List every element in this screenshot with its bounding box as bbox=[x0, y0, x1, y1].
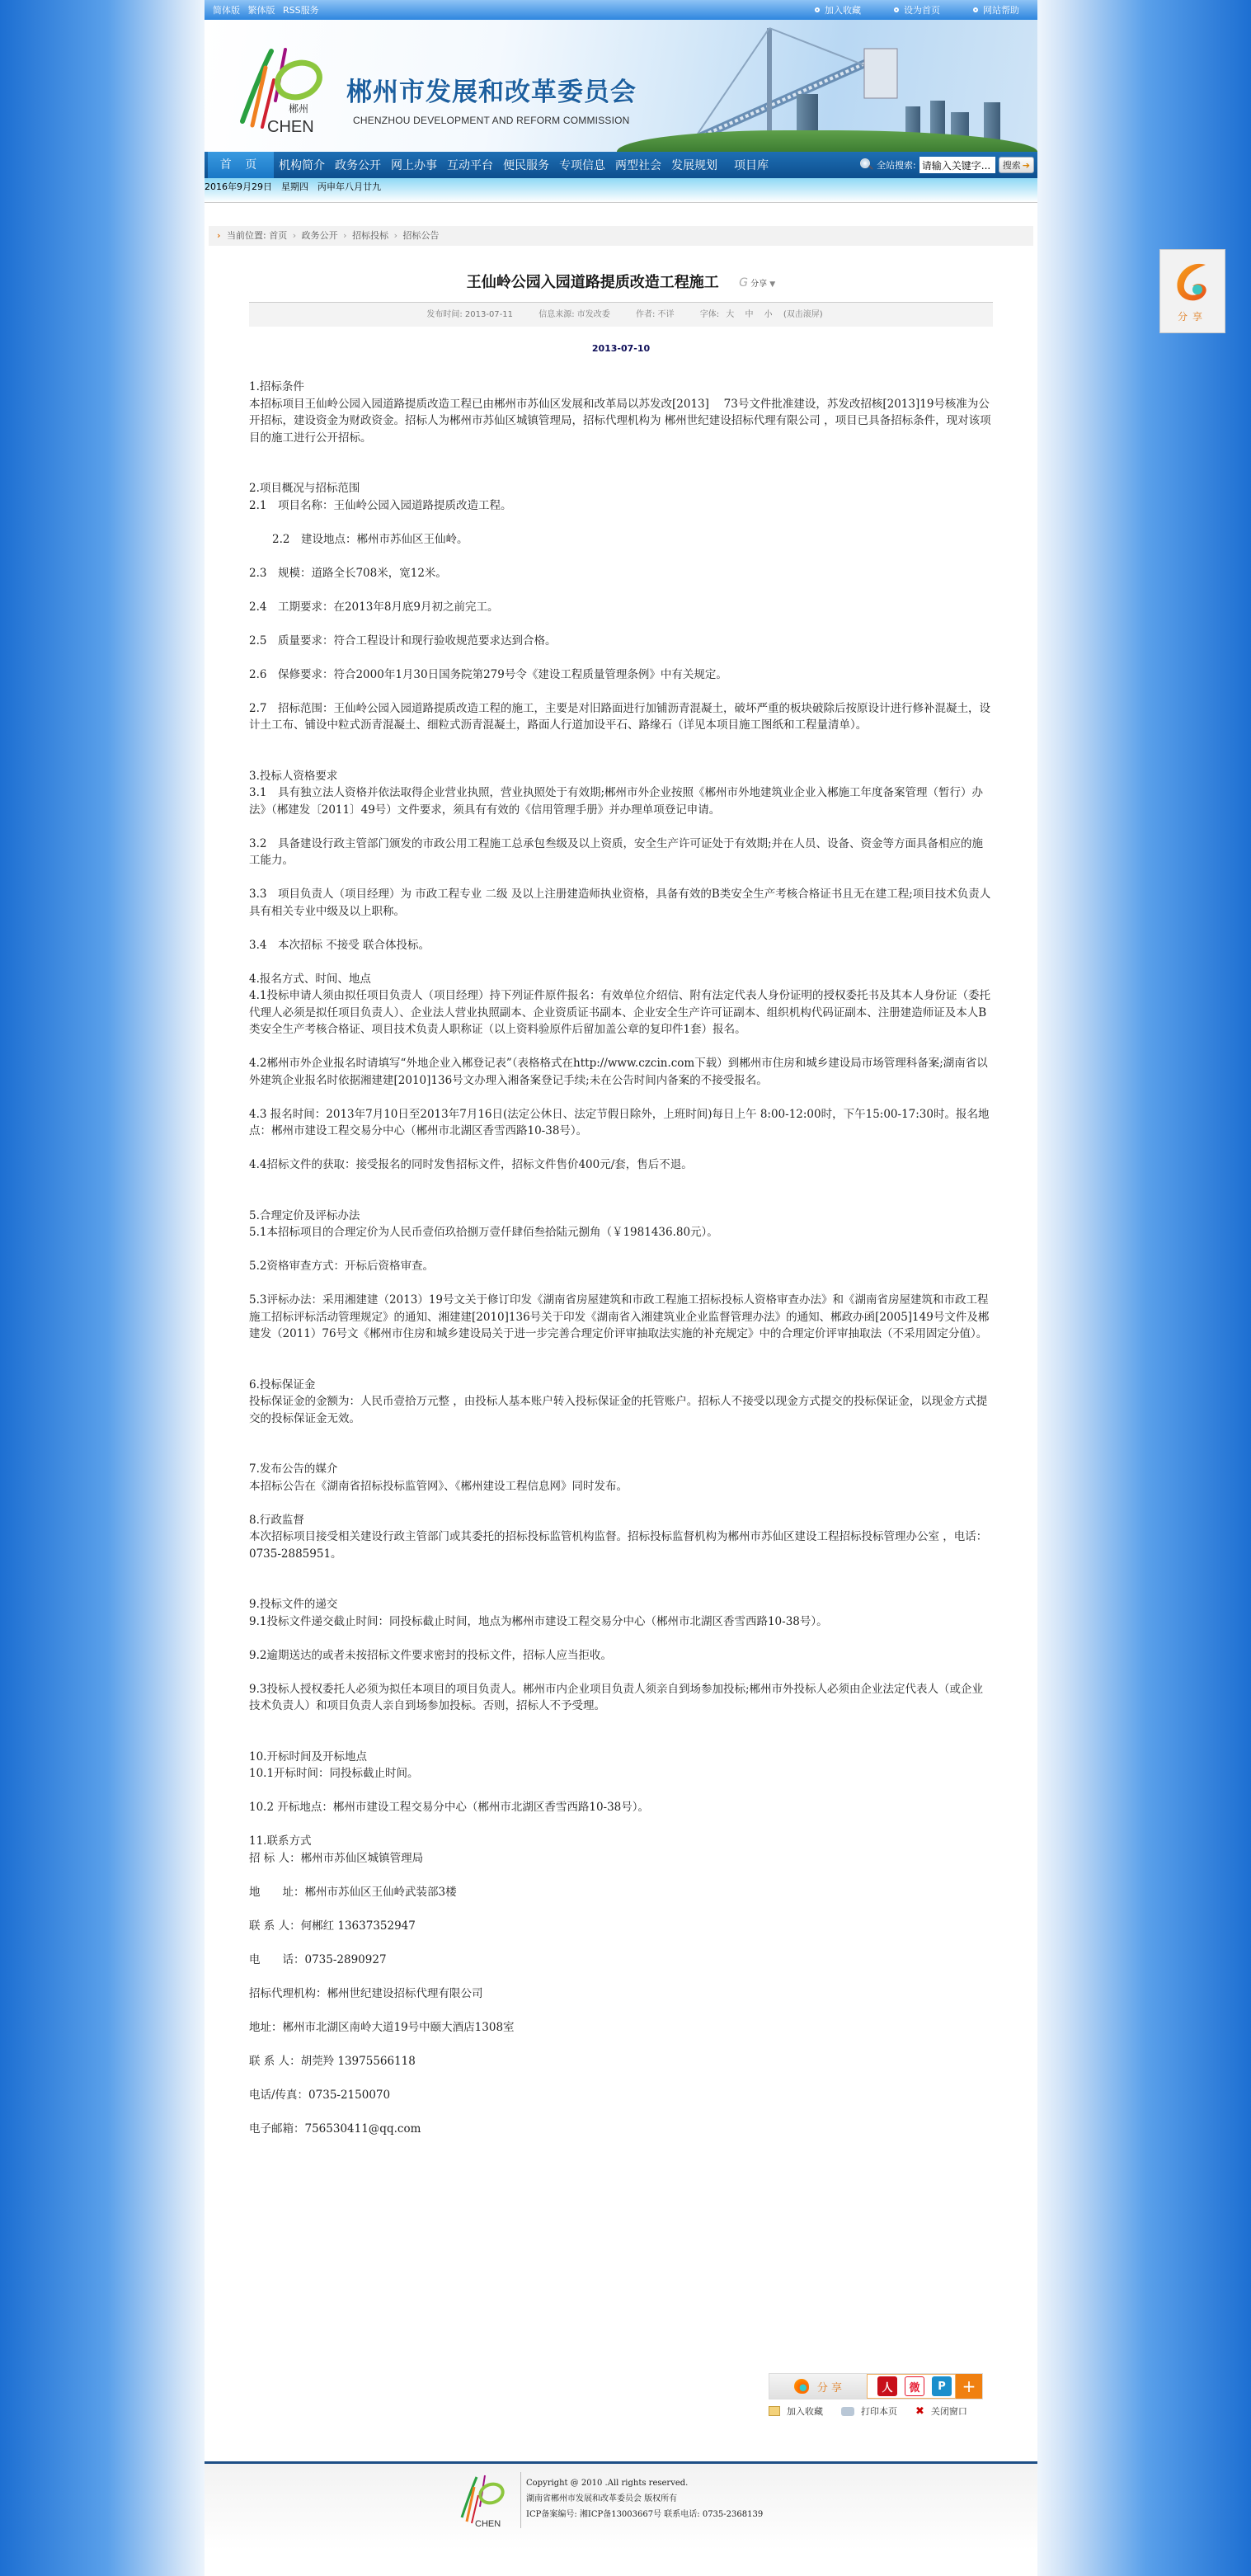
paragraph-spacer bbox=[249, 1630, 993, 1647]
article-paragraph: 2.7 招标范围：王仙岭公园入园道路提质改造工程的施工，主要是对旧路面进行加铺沥… bbox=[249, 700, 993, 734]
nav-item-about[interactable]: 机构简介 bbox=[274, 157, 330, 173]
article-paragraph: 本招标公告在《湖南省招标投标监管网》、《郴州建设工程信息网》同时发布。 bbox=[249, 1478, 993, 1495]
set-homepage-link[interactable]: 设为首页 bbox=[894, 3, 940, 16]
date-bar: 2016年9月29日 星期四 丙申年八月廿九 bbox=[205, 178, 1037, 203]
paragraph-spacer bbox=[249, 1968, 993, 1985]
article-paragraph: 9.投标文件的递交 bbox=[249, 1596, 993, 1613]
paragraph-spacer bbox=[249, 2036, 993, 2053]
breadcrumb: › 当前位置: 首页 › 政务公开 › 招标投标 › 招标公告 bbox=[209, 226, 1033, 246]
top-right-links: 加入收藏 设为首页 网站帮助 bbox=[815, 3, 1029, 16]
nav-item-government-affairs[interactable]: 政务公开 bbox=[330, 157, 386, 173]
article-paragraph: 投标保证金的金额为：人民币壹拾万元整 ，由投标人基本账户转入投标保证金的托管账户… bbox=[249, 1393, 993, 1427]
article-paragraph: 本次招标项目接受相关建设行政主管部门或其委托的招标投标监管机构监督。招标投标监督… bbox=[249, 1528, 993, 1562]
print-page-button[interactable]: 打印本页 bbox=[841, 2404, 897, 2418]
paragraph-spacer bbox=[249, 1241, 993, 1259]
floating-share-label: 分享 bbox=[1178, 309, 1207, 323]
share-dropdown[interactable]: G 分享 ▼ bbox=[739, 276, 775, 290]
nav-item-two-type-society[interactable]: 两型社会 bbox=[610, 157, 666, 173]
article-paragraph: 4.3 报名时间：2013年7月10日至2013年7月16日(法定公休日、法定节… bbox=[249, 1106, 993, 1140]
article-paragraph: 9.3投标人授权委托人必须为拟任本项目的项目负责人。郴州市内企业项目负责人须亲自… bbox=[249, 1681, 993, 1715]
chenzhou-logo-icon: 郴州 CHEN bbox=[234, 43, 333, 140]
paragraph-spacer bbox=[249, 1934, 993, 1952]
article-title-row: 王仙岭公园入园道路提质改造工程施工 G 分享 ▼ bbox=[205, 271, 1037, 292]
info-source: 信息来源: 市发改委 bbox=[538, 310, 610, 319]
article-paragraph: 10.开标时间及开标地点 bbox=[249, 1749, 993, 1766]
article-paragraph: 联 系 人：胡莞羚 13975566118 bbox=[249, 2053, 993, 2070]
article-paragraph: 11.联系方式 bbox=[249, 1833, 993, 1850]
bullet-icon bbox=[815, 7, 820, 12]
article-date: 2013-07-10 bbox=[205, 343, 1037, 354]
article-title: 王仙岭公园入园道路提质改造工程施工 bbox=[467, 274, 719, 291]
paragraph-spacer bbox=[249, 1900, 993, 1918]
share-button-label: 分 享 bbox=[817, 2379, 842, 2395]
breadcrumb-home[interactable]: 首页 bbox=[269, 230, 287, 241]
article-paragraph: 2.项目概况与招标范围 bbox=[249, 480, 993, 497]
svg-text:CHEN: CHEN bbox=[475, 2519, 501, 2529]
paragraph-spacer bbox=[249, 1782, 993, 1800]
article-paragraph: 2.1 项目名称：王仙岭公园入园道路提质改造工程。 bbox=[249, 497, 993, 515]
people-share-icon[interactable]: 人 bbox=[877, 2376, 897, 2396]
search-input[interactable] bbox=[919, 157, 995, 173]
article-paragraph: 电话/传真：0735-2150070 bbox=[249, 2087, 993, 2104]
paragraph-spacer bbox=[249, 582, 993, 599]
folder-icon bbox=[769, 2406, 780, 2416]
set-homepage-label: 设为首页 bbox=[904, 3, 940, 16]
paragraph-spacer bbox=[249, 1038, 993, 1056]
article-paragraph: 4.4招标文件的获取：接受报名的同时发售招标文件，招标文件售价400元/套，售后… bbox=[249, 1156, 993, 1174]
printer-icon bbox=[841, 2407, 854, 2416]
close-window-label: 关闭窗口 bbox=[931, 2404, 967, 2418]
bullet-icon bbox=[894, 7, 899, 12]
article-paragraph: 4.2郴州市外企业报名时请填写“外地企业入郴登记表”（表格格式在http://w… bbox=[249, 1055, 993, 1089]
article-paragraph: 2.5 质量要求：符合工程设计和现行验收规范要求达到合格。 bbox=[249, 633, 993, 650]
search-button[interactable]: 搜索 ➔ bbox=[999, 157, 1034, 173]
share-logo-icon: G bbox=[739, 276, 748, 290]
paragraph-spacer bbox=[249, 548, 993, 565]
font-size-medium[interactable]: 中 bbox=[745, 310, 753, 319]
article-paragraph: 5.3评标办法：采用湘建建（2013）19号文关于修订印发《湖南省房屋建筑和市政… bbox=[249, 1292, 993, 1343]
share-button[interactable]: 分 享 bbox=[769, 2374, 867, 2399]
font-size-small[interactable]: 小 bbox=[764, 310, 773, 319]
article-paragraph: 6.投标保证金 bbox=[249, 1377, 993, 1394]
publish-time: 发布时间: 2013-07-11 bbox=[426, 310, 513, 319]
article-paragraph: 2.4 工期要求：在2013年8月底9月初之前完工。 bbox=[249, 599, 993, 616]
paragraph-spacer bbox=[249, 920, 993, 937]
paragraph-spacer bbox=[249, 1562, 993, 1596]
article-paragraph: 地址：郴州市北湖区南岭大道19号中颐大酒店1308室 bbox=[249, 2019, 993, 2037]
site-search: 全站搜索: 搜索 ➔ bbox=[860, 157, 1037, 173]
paragraph-spacer bbox=[249, 869, 993, 887]
article-paragraph: 2.3 规模：道路全长708米，宽12米。 bbox=[249, 565, 993, 582]
site-title-english: CHENZHOU DEVELOPMENT AND REFORM COMMISSI… bbox=[353, 115, 630, 126]
paragraph-spacer bbox=[249, 1174, 993, 1208]
double-click-scroll[interactable]: (双击滚屏) bbox=[783, 310, 823, 319]
tencent-share-icon[interactable]: P bbox=[932, 2376, 952, 2396]
site-help-label: 网站帮助 bbox=[983, 3, 1019, 16]
article-paragraph: 招标代理机构：郴州世纪建设招标代理有限公司 bbox=[249, 1985, 993, 2003]
search-icon bbox=[860, 158, 873, 172]
search-button-label: 搜索 bbox=[1003, 158, 1021, 172]
paragraph-spacer bbox=[249, 2070, 993, 2087]
arrow-right-icon: ➔ bbox=[1023, 160, 1030, 171]
breadcrumb-separator-icon: › bbox=[343, 230, 346, 241]
breadcrumb-bidding[interactable]: 招标投标 bbox=[352, 230, 388, 241]
paragraph-spacer bbox=[249, 1089, 993, 1106]
paragraph-spacer bbox=[249, 649, 993, 666]
close-icon: ✖ bbox=[915, 2405, 924, 2418]
article-paragraph: 电子邮箱：756530411@qq.com bbox=[249, 2121, 993, 2138]
floating-share-button[interactable]: 分享 bbox=[1159, 249, 1225, 333]
article-paragraph: 3.2 具备建设行政主管部门颁发的市政公用工程施工总承包叁级及以上资质，安全生产… bbox=[249, 836, 993, 869]
article-paragraph: 招 标 人：郴州市苏仙区城镇管理局 bbox=[249, 1850, 993, 1867]
paragraph-spacer bbox=[249, 1275, 993, 1293]
add-favorite-label: 加入收藏 bbox=[787, 2404, 823, 2418]
footer-text: Copyright @ 2010 .All rights reserved. 湖… bbox=[526, 2475, 763, 2522]
article-meta: 发布时间: 2013-07-11 信息来源: 市发改委 作者: 不详 字体: 大… bbox=[249, 302, 993, 327]
paragraph-spacer bbox=[249, 818, 993, 836]
article-paragraph: 10.1开标时间：同投标截止时间。 bbox=[249, 1765, 993, 1782]
nav-item-public-services[interactable]: 便民服务 bbox=[498, 157, 554, 173]
footer: CHEN Copyright @ 2010 .All rights reserv… bbox=[205, 2461, 1037, 2550]
article-paragraph: 3.4 本次招标 不接受 联合体投标。 bbox=[249, 937, 993, 954]
weibo-share-icon[interactable]: 微 bbox=[905, 2376, 924, 2396]
paragraph-spacer bbox=[249, 1343, 993, 1377]
paragraph-spacer bbox=[249, 1715, 993, 1749]
page: 简体版 繁体版 RSS服务 加入收藏 设为首页 网站帮助 bbox=[205, 0, 1037, 2576]
tool-links: 加入收藏 打印本页 ✖ 关闭窗口 bbox=[769, 2404, 983, 2418]
font-size-large[interactable]: 大 bbox=[726, 310, 734, 319]
svg-text:CHEN: CHEN bbox=[267, 118, 314, 136]
paragraph-spacer bbox=[249, 683, 993, 700]
add-favorite-link[interactable]: 加入收藏 bbox=[815, 3, 861, 16]
close-window-button[interactable]: ✖ 关闭窗口 bbox=[915, 2404, 967, 2418]
chenzhou-logo-icon: CHEN bbox=[459, 2472, 508, 2530]
more-share-button[interactable]: + bbox=[956, 2374, 982, 2399]
paragraph-spacer bbox=[249, 1427, 993, 1461]
site-help-link[interactable]: 网站帮助 bbox=[973, 3, 1019, 16]
top-left-links: 简体版 繁体版 RSS服务 bbox=[213, 3, 324, 16]
share-logo-icon bbox=[794, 2379, 809, 2394]
share-label: 分享 bbox=[750, 280, 767, 289]
paragraph-spacer bbox=[249, 734, 993, 768]
paragraph-spacer bbox=[249, 615, 993, 633]
simplified-link[interactable]: 简体版 bbox=[213, 5, 240, 16]
paragraph-spacer bbox=[249, 446, 993, 480]
nav-item-development-planning[interactable]: 发展规划 bbox=[666, 157, 722, 173]
share-services: 人 微 P bbox=[867, 2374, 956, 2399]
article-paragraph: 8.行政监督 bbox=[249, 1512, 993, 1529]
add-favorite-label: 加入收藏 bbox=[825, 3, 861, 16]
article-paragraph: 5.合理定价及评标办法 bbox=[249, 1208, 993, 1225]
article-paragraph: 地 址：郴州市苏仙区王仙岭武装部3楼 bbox=[249, 1884, 993, 1901]
article-paragraph: 联 系 人：何郴红 13637352947 bbox=[249, 1918, 993, 1935]
breadcrumb-separator-icon: › bbox=[394, 230, 397, 241]
add-favorite-button[interactable]: 加入收藏 bbox=[769, 2404, 823, 2418]
article-paragraph: 1.招标条件 bbox=[249, 379, 993, 396]
article-paragraph: 4.1投标申请人须由拟任项目负责人（项目经理）持下列证件原件报名：有效单位介绍信… bbox=[249, 987, 993, 1038]
nav-item-project-library[interactable]: 项目库 bbox=[729, 157, 774, 173]
article-paragraph: 2.6 保修要求：符合2000年1月30日国务院第279号令《建设工程质量管理条… bbox=[249, 666, 993, 684]
paragraph-spacer bbox=[249, 1140, 993, 1157]
article-paragraph: 3.1 具有独立法人资格并依法取得企业营业执照，营业执照处于有效期;郴州市外企业… bbox=[249, 784, 993, 818]
article-paragraph: 5.2资格审查方式：开标后资格审查。 bbox=[249, 1258, 993, 1275]
top-bar: 简体版 繁体版 RSS服务 加入收藏 设为首页 网站帮助 bbox=[205, 0, 1037, 20]
nav-item-special-info[interactable]: 专项信息 bbox=[554, 157, 610, 173]
paragraph-spacer bbox=[249, 2103, 993, 2121]
article-body: 1.招标条件本招标项目王仙岭公园入园道路提质改造工程已由郴州市苏仙区发展和改革局… bbox=[249, 379, 993, 2137]
breadcrumb-government-affairs[interactable]: 政务公开 bbox=[302, 230, 338, 241]
paragraph-spacer bbox=[249, 1816, 993, 1834]
article-paragraph: 本招标项目王仙岭公园入园道路提质改造工程已由郴州市苏仙区发展和改革局以苏发改[2… bbox=[249, 396, 993, 447]
paragraph-spacer bbox=[249, 954, 993, 971]
article-paragraph: 5.1本招标项目的合理定价为人民币壹佰玖拾捌万壹仟肆佰叁拾陆元捌角（￥19814… bbox=[249, 1224, 993, 1241]
traditional-link[interactable]: 繁体版 bbox=[248, 5, 275, 16]
nav-item-home[interactable]: 首 页 bbox=[208, 152, 274, 178]
article-paragraph: 2.2 建设地点：郴州市苏仙区王仙岭。 bbox=[249, 531, 993, 549]
breadcrumb-label: 当前位置: bbox=[227, 230, 266, 241]
svg-text:郴州: 郴州 bbox=[289, 102, 308, 115]
paragraph-spacer bbox=[249, 1867, 993, 1884]
search-label: 全站搜索: bbox=[877, 158, 916, 172]
copyright-owner: 湖南省郴州市发展和改革委员会 版权所有 bbox=[526, 2491, 763, 2507]
paragraph-spacer bbox=[249, 514, 993, 531]
article-paragraph: 电 话：0735-2890927 bbox=[249, 1952, 993, 1969]
article-tools: 分 享 人 微 P + 加入收藏 打印本页 ✖ 关闭窗口 bbox=[769, 2373, 983, 2418]
article-paragraph: 9.1投标文件递交截止时间：同投标截止时间，地点为郴州市建设工程交易分中心（郴州… bbox=[249, 1613, 993, 1631]
nav-item-interaction[interactable]: 互动平台 bbox=[442, 157, 498, 173]
article-paragraph: 3.投标人资格要求 bbox=[249, 768, 993, 785]
print-page-label: 打印本页 bbox=[861, 2404, 897, 2418]
icp-info: ICP备案编号: 湘ICP备13003667号 联系电话: 0735-23681… bbox=[526, 2507, 763, 2522]
nav-item-online-services[interactable]: 网上办事 bbox=[386, 157, 442, 173]
chevron-right-icon: › bbox=[217, 230, 221, 241]
author: 作者: 不详 bbox=[636, 310, 675, 319]
article-paragraph: 3.3 项目负责人（项目经理）为 市政工程专业 二级 及以上注册建造师执业资格，… bbox=[249, 886, 993, 920]
paragraph-spacer bbox=[249, 2002, 993, 2019]
article-paragraph: 7.发布公告的媒介 bbox=[249, 1461, 993, 1478]
share-logo-icon bbox=[1173, 260, 1212, 303]
footer-divider bbox=[520, 2472, 521, 2528]
bullet-icon bbox=[973, 7, 978, 12]
article-paragraph: 4.报名方式、时间、地点 bbox=[249, 971, 993, 988]
main-nav: 首 页 机构简介 政务公开 网上办事 互动平台 便民服务 专项信息 两型社会 发… bbox=[205, 152, 1037, 178]
article-paragraph: 9.2逾期送达的或者未按招标文件要求密封的投标文件，招标人应当拒收。 bbox=[249, 1647, 993, 1665]
paragraph-spacer bbox=[249, 1664, 993, 1681]
copyright: Copyright @ 2010 .All rights reserved. bbox=[526, 2475, 763, 2491]
chevron-down-icon: ▼ bbox=[769, 280, 775, 289]
paragraph-spacer bbox=[249, 1495, 993, 1512]
rss-link[interactable]: RSS服务 bbox=[283, 5, 319, 16]
site-banner: 郴州 CHEN 郴州市发展和改革委员会 CHENZHOU DEVELOPMENT… bbox=[205, 20, 1037, 152]
font-size-label: 字体: bbox=[700, 310, 719, 319]
breadcrumb-separator-icon: › bbox=[293, 230, 296, 241]
breadcrumb-bid-announcement[interactable]: 招标公告 bbox=[402, 230, 439, 241]
share-bar: 分 享 人 微 P + bbox=[769, 2373, 983, 2399]
article-paragraph: 10.2 开标地点：郴州市建设工程交易分中心（郴州市北湖区香雪西路10-38号）… bbox=[249, 1799, 993, 1816]
